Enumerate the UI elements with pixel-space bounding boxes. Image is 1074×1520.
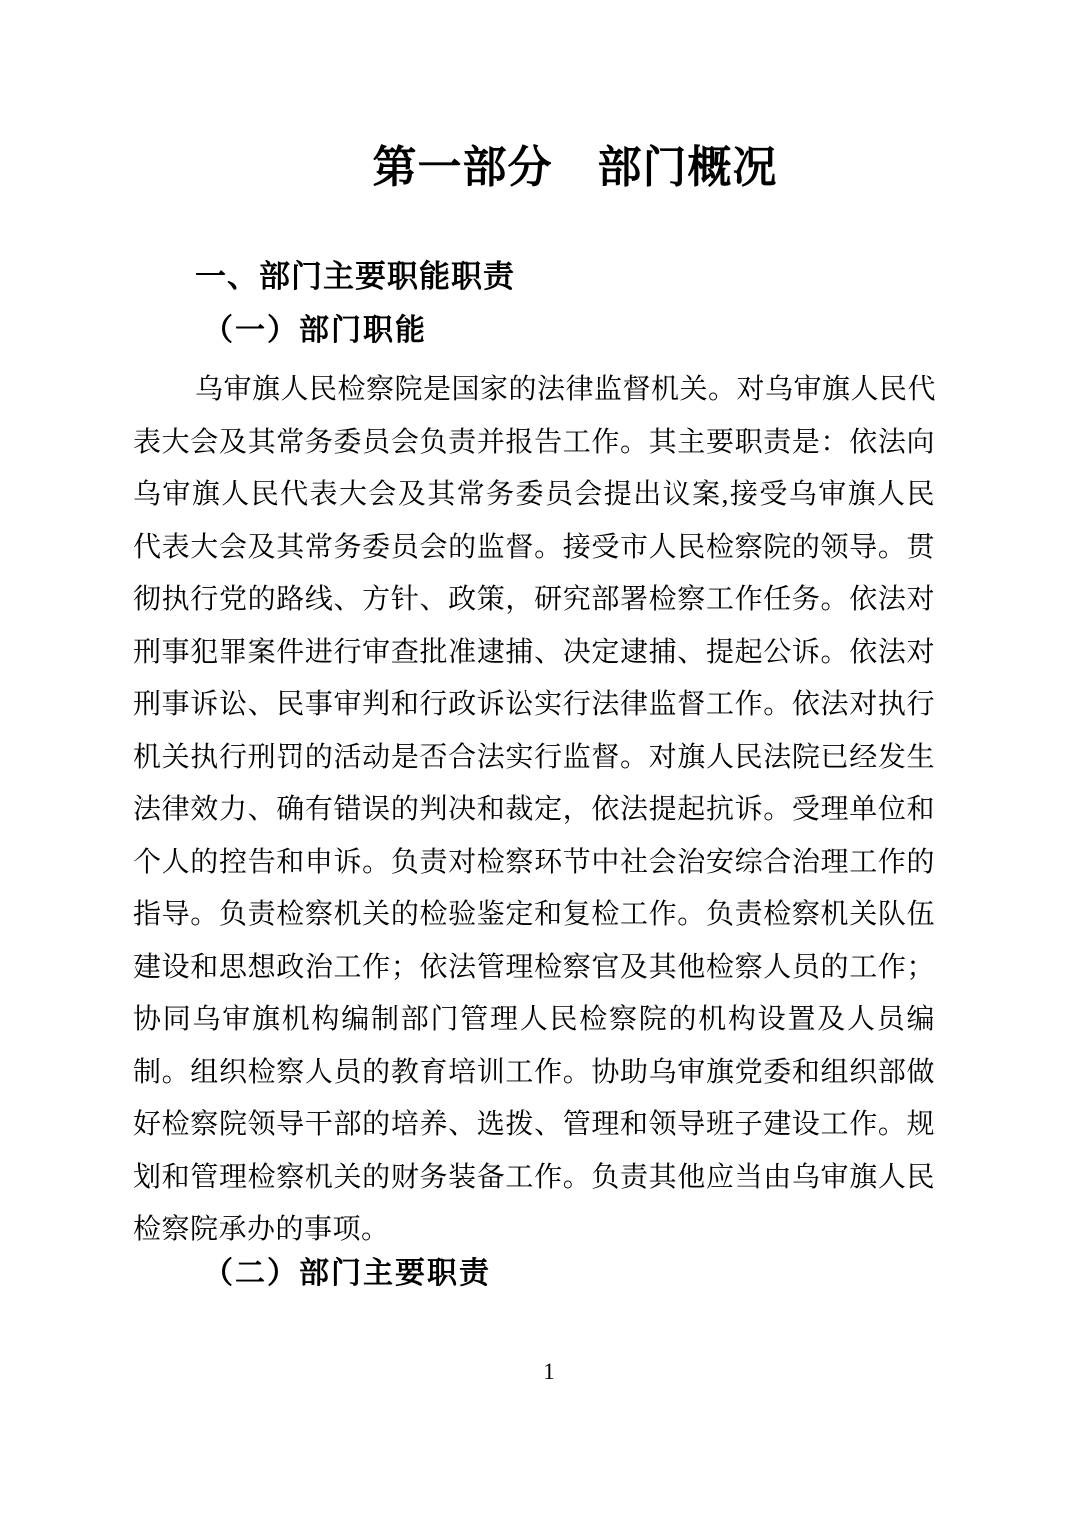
body-line: 法律效力、确有错误的判决和裁定，依法提起抗诉。受理单位和 bbox=[133, 784, 935, 837]
body-line: 乌审旗人民检察院是国家的法律监督机关。对乌审旗人民代 bbox=[133, 364, 935, 417]
body-paragraph: 乌审旗人民检察院是国家的法律监督机关。对乌审旗人民代 表大会及其常务委员会负责并… bbox=[133, 364, 935, 1257]
page-content: 第一部分 部门概况 一、部门主要职能职责 （一）部门职能 乌审旗人民检察院是国家… bbox=[0, 146, 1074, 1387]
body-line: 乌审旗人民代表大会及其常务委员会提出议案,接受乌审旗人民 bbox=[133, 469, 935, 522]
body-line: 刑事犯罪案件进行审查批准逮捕、决定逮捕、提起公诉。依法对 bbox=[133, 627, 935, 680]
document-title: 第一部分 部门概况 bbox=[133, 146, 935, 190]
document-page: 第一部分 部门概况 一、部门主要职能职责 （一）部门职能 乌审旗人民检察院是国家… bbox=[0, 0, 1074, 1520]
sub-heading-1: （一）部门职能 bbox=[133, 310, 935, 352]
section-heading: 一、部门主要职能职责 bbox=[133, 256, 935, 298]
body-line: 个人的控告和申诉。负责对检察环节中社会治安综合治理工作的 bbox=[133, 837, 935, 890]
body-line: 代表大会及其常务委员会的监督。接受市人民检察院的领导。贯 bbox=[133, 522, 935, 575]
body-line: 检察院承办的事项。 bbox=[133, 1204, 935, 1257]
body-line: 划和管理检察机关的财务装备工作。负责其他应当由乌审旗人民 bbox=[133, 1152, 935, 1205]
body-line: 制。组织检察人员的教育培训工作。协助乌审旗党委和组织部做 bbox=[133, 1047, 935, 1100]
body-line: 彻执行党的路线、方针、政策，研究部署检察工作任务。依法对 bbox=[133, 574, 935, 627]
body-line: 建设和思想政治工作；依法管理检察官及其他检察人员的工作； bbox=[133, 942, 935, 995]
page-number: 1 bbox=[133, 1357, 935, 1387]
body-line: 指导。负责检察机关的检验鉴定和复检工作。负责检察机关队伍 bbox=[133, 889, 935, 942]
body-line: 协同乌审旗机构编制部门管理人民检察院的机构设置及人员编 bbox=[133, 994, 935, 1047]
body-line: 好检察院领导干部的培养、选拨、管理和领导班子建设工作。规 bbox=[133, 1099, 935, 1152]
sub-heading-2: （二）部门主要职责 bbox=[133, 1253, 935, 1295]
body-line: 表大会及其常务委员会负责并报告工作。其主要职责是：依法向 bbox=[133, 417, 935, 470]
body-line: 机关执行刑罚的活动是否合法实行监督。对旗人民法院已经发生 bbox=[133, 732, 935, 785]
body-line: 刑事诉讼、民事审判和行政诉讼实行法律监督工作。依法对执行 bbox=[133, 679, 935, 732]
